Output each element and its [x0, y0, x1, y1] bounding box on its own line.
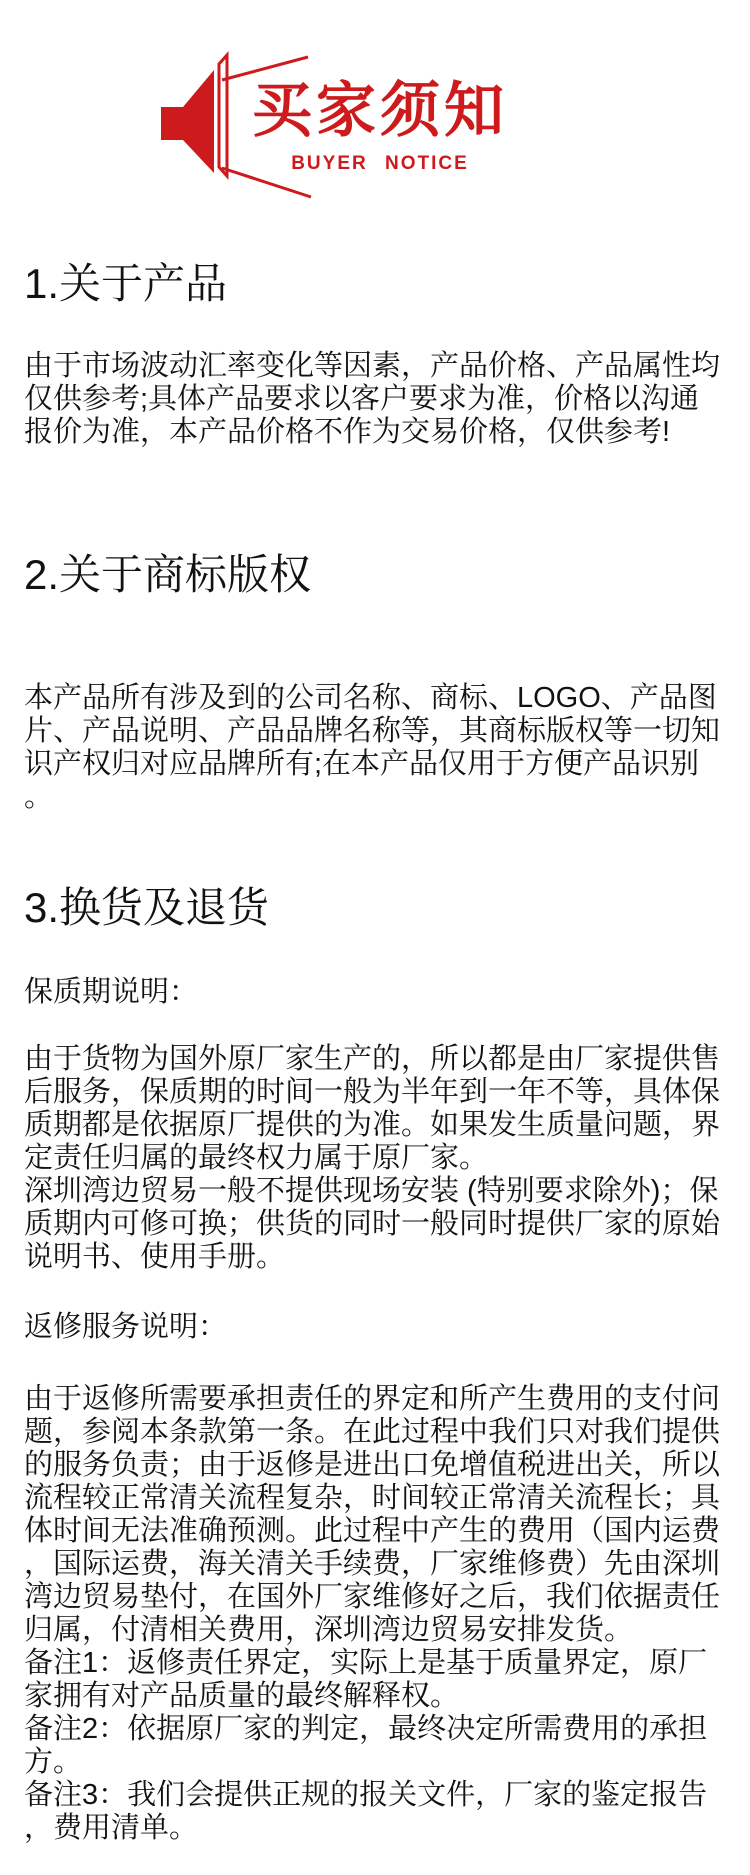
section-3-heading: 3.换货及退货 — [0, 886, 750, 930]
page-subtitle: BUYER NOTICE — [245, 153, 515, 175]
section-2-paragraph: 本产品所有涉及到的公司名称、商标、LOGO、产品图片、产品说明、产品品牌名称等，… — [0, 682, 750, 814]
warranty-paragraph: 由于货物为国外原厂家生产的，所以都是由厂家提供售后服务，保质期的时间一般为半年到… — [0, 1043, 750, 1274]
page-title: 买家须知 — [245, 78, 515, 144]
warranty-label: 保质期说明： — [0, 976, 750, 1009]
section-1-heading: 1.关于产品 — [0, 262, 750, 306]
buyer-notice-page: 买家须知 BUYER NOTICE 1.关于产品 由于市场波动汇率变化等因素，产… — [0, 0, 750, 1875]
header: 买家须知 BUYER NOTICE — [0, 0, 750, 210]
repair-service-paragraph: 由于返修所需要承担责任的界定和所产生费用的支付问题，参阅本条款第一条。在此过程中… — [0, 1383, 750, 1845]
section-1-paragraph: 由于市场波动汇率变化等因素，产品价格、产品属性均仅供参考;具体产品要求以客户要求… — [0, 350, 750, 449]
section-2-heading: 2.关于商标版权 — [0, 553, 750, 597]
repair-service-label: 返修服务说明： — [0, 1311, 750, 1344]
